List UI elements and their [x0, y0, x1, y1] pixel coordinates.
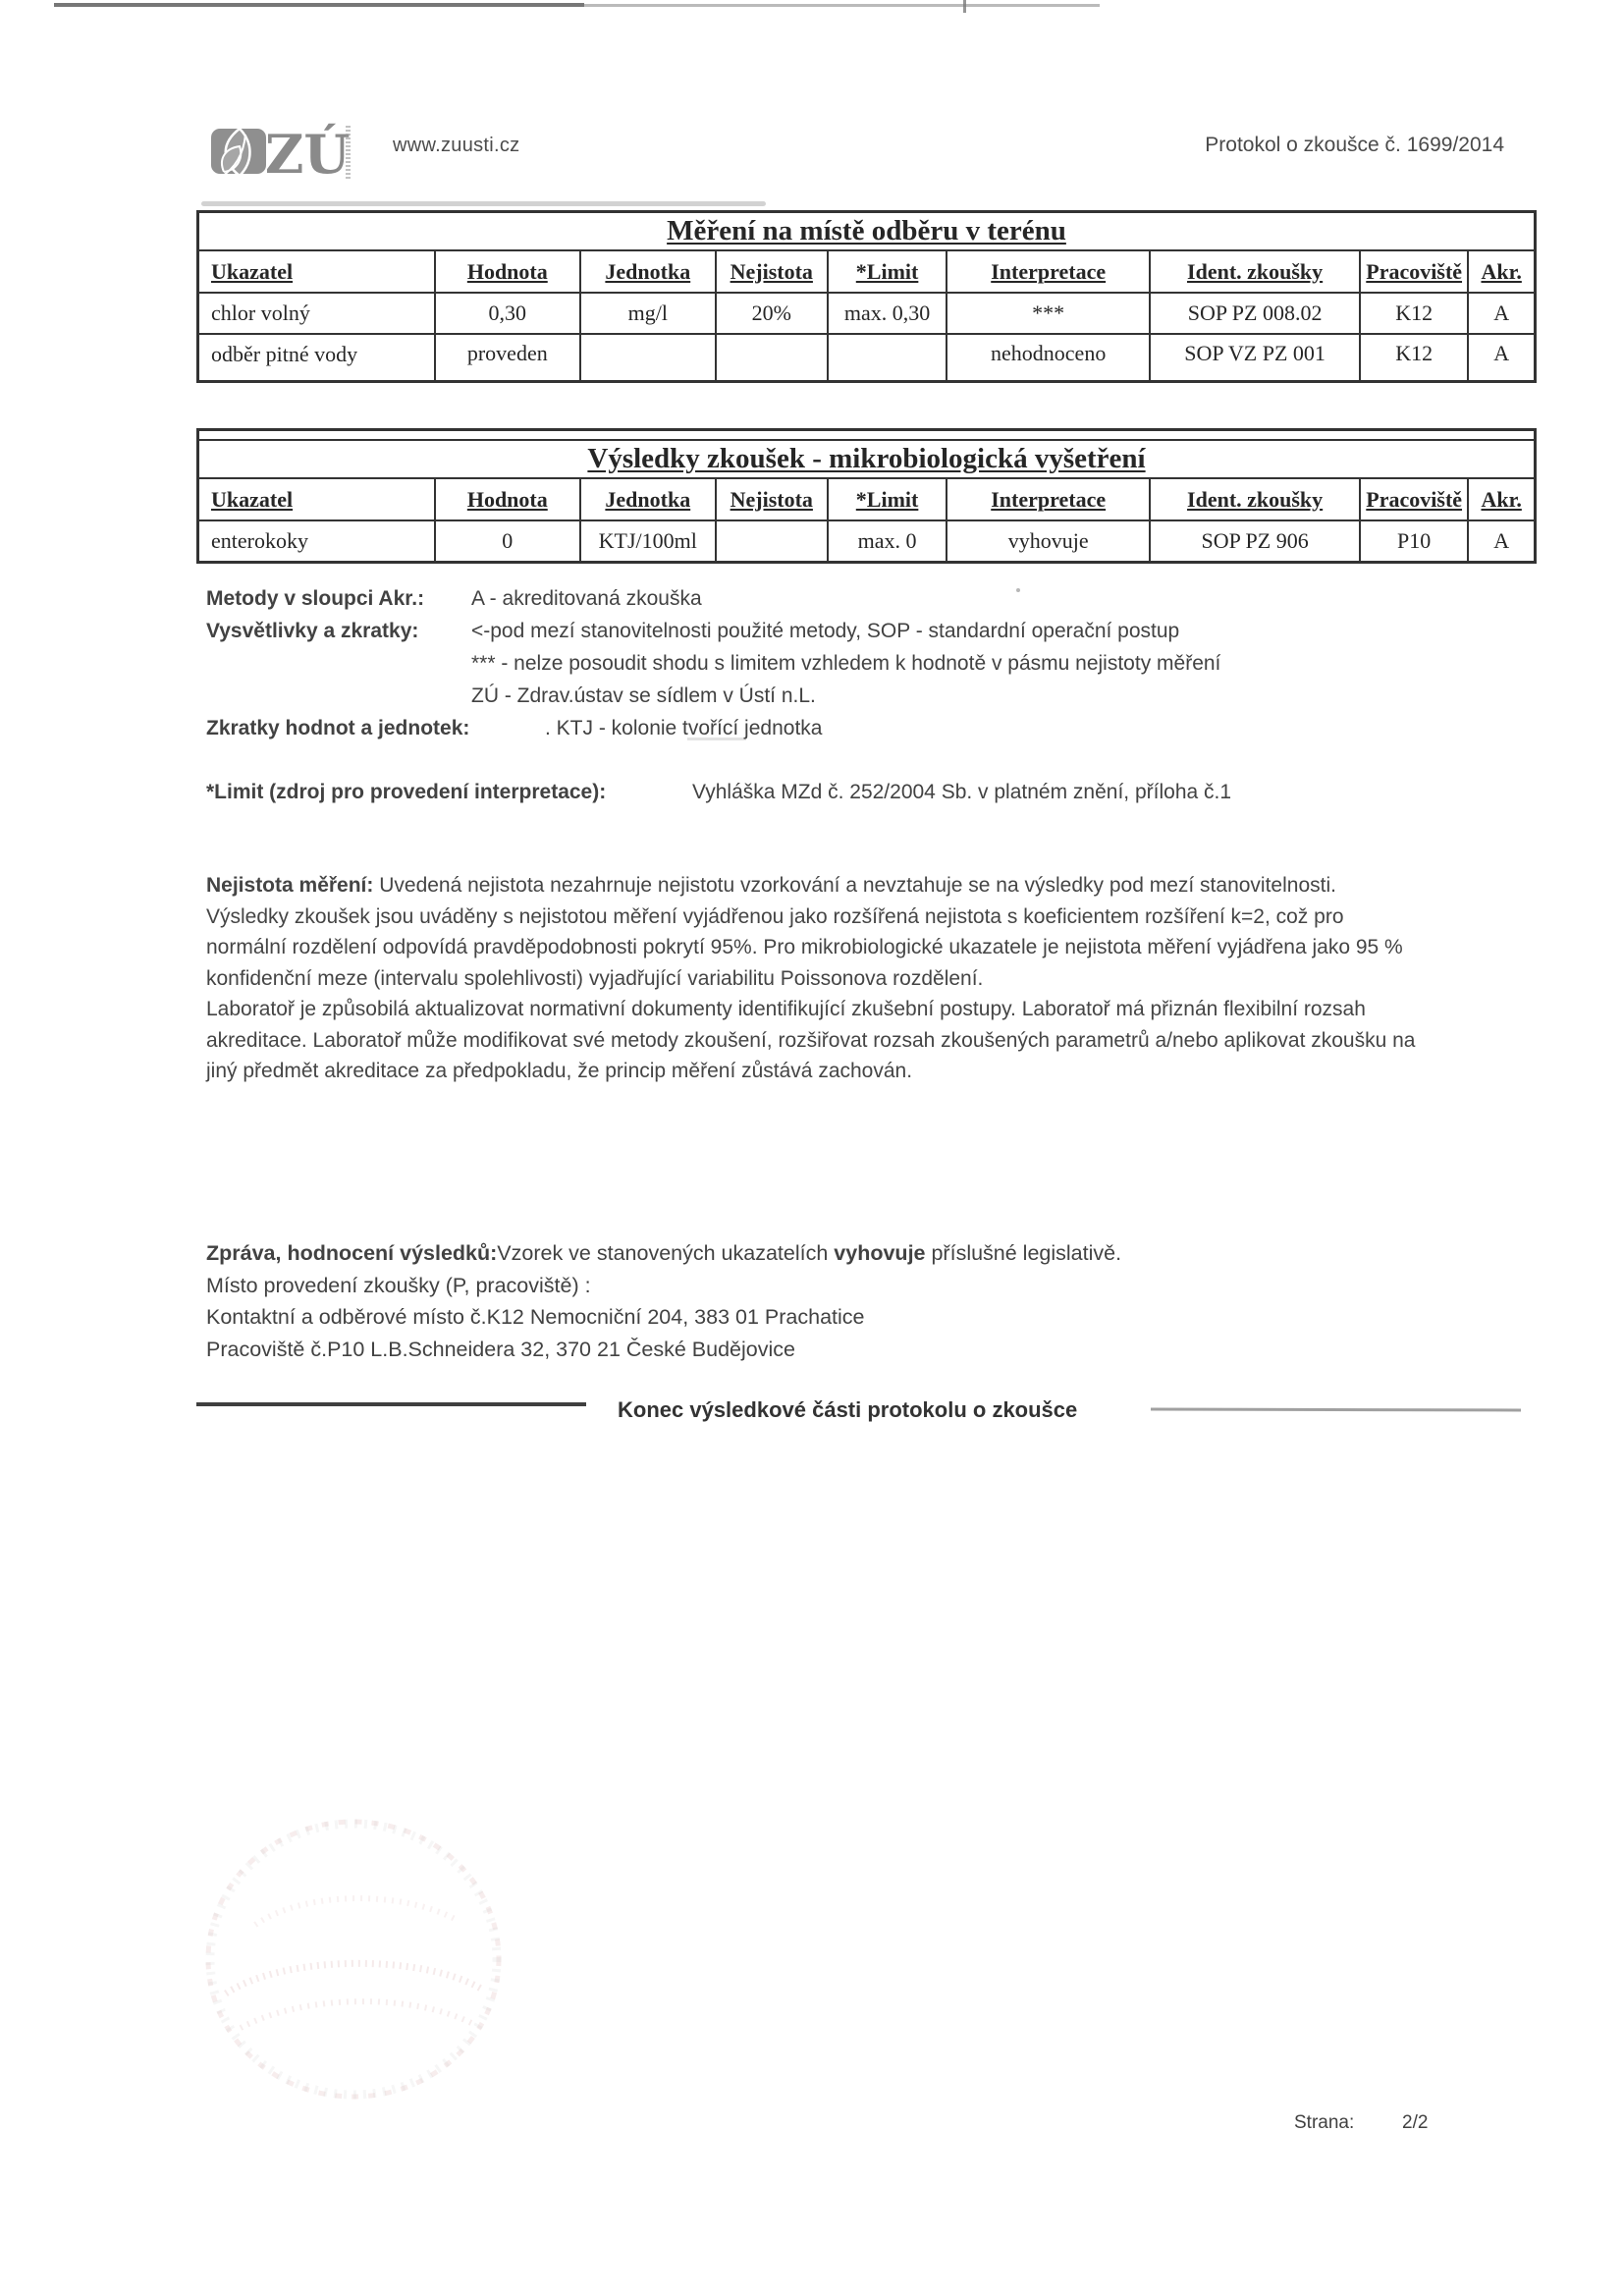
legend-line: ZÚ - Zdrav.ústav se sídlem v Ústí n.L. — [471, 684, 816, 708]
zu-logo-letters: ZÚ — [265, 123, 351, 185]
legend-line: *** - nelze posoudit shodu s limitem vzh… — [471, 652, 1220, 676]
column-header: *Limit — [828, 478, 947, 520]
paragraph-line: Laboratoř je způsobilá aktualizovat norm… — [206, 994, 1542, 1025]
report-line: Místo provedení zkoušky (P, pracoviště) … — [206, 1270, 1522, 1302]
report-conclusion: Zpráva, hodnocení výsledků:Vzorek ve sta… — [206, 1237, 1522, 1270]
legend-label: Vysvětlivky a zkratky: — [206, 620, 418, 643]
page-number-value: 2/2 — [1402, 2112, 1428, 2134]
table-cell: 20% — [716, 293, 828, 334]
table-cell: SOP VZ PZ 001 — [1150, 334, 1360, 382]
table-cell: mg/l — [580, 293, 716, 334]
table-top-strip — [198, 430, 1536, 441]
column-header: Ident. zkoušky — [1150, 250, 1360, 293]
table-cell: A — [1468, 520, 1535, 563]
column-header: Interpretace — [947, 478, 1150, 520]
table-cell: proveden — [435, 334, 580, 382]
table-title: Výsledky zkoušek - mikrobiologická vyšet… — [198, 440, 1536, 478]
table-cell: A — [1468, 293, 1535, 334]
scan-artifact-tick — [963, 0, 966, 13]
paragraph-line: konfidenční meze (intervalu spolehlivost… — [206, 963, 1542, 995]
table-row: chlor volný 0,30 mg/l 20% max. 0,30 *** … — [198, 293, 1536, 334]
uncertainty-paragraph: Nejistota měření: Uvedená nejistota neza… — [206, 870, 1542, 1087]
uncertainty-lead: Nejistota měření: — [206, 874, 373, 897]
scan-artifact-line — [584, 4, 1100, 7]
column-header: Akr. — [1468, 478, 1535, 520]
table-cell: max. 0 — [828, 520, 947, 563]
end-of-results-text: Konec výsledkové části protokolu o zkouš… — [618, 1397, 1077, 1423]
table-cell: enterokoky — [198, 520, 435, 563]
limit-value: Vyhláška MZd č. 252/2004 Sb. v platném z… — [692, 781, 1231, 804]
methods-value: A - akreditovaná zkouška — [471, 587, 702, 611]
protocol-number: Protokol o zkoušce č. 1699/2014 — [1031, 134, 1504, 157]
report-verdict: vyhovuje — [834, 1241, 925, 1265]
website-url: www.zuusti.cz — [393, 135, 520, 157]
legend-line: <-pod mezí stanovitelnosti použité metod… — [471, 620, 1179, 643]
paragraph-line: Nejistota měření: Uvedená nejistota neza… — [206, 870, 1542, 902]
table-cell — [828, 334, 947, 382]
column-header: Hodnota — [435, 478, 580, 520]
column-header: Pracoviště — [1360, 478, 1468, 520]
logo-vertical-microtext — [346, 126, 351, 181]
scan-artifact-line — [54, 3, 584, 7]
table-header-row: Ukazatel Hodnota Jednotka Nejistota *Lim… — [198, 250, 1536, 293]
separator-line-right — [1151, 1408, 1521, 1412]
table-cell: SOP PZ 008.02 — [1150, 293, 1360, 334]
table-cell: vyhovuje — [947, 520, 1150, 563]
table-cell: A — [1468, 334, 1535, 382]
zu-logo: ZÚ — [209, 114, 366, 185]
report-line: Kontaktní a odběrové místo č.K12 Nemocni… — [206, 1301, 1522, 1334]
table-cell: KTJ/100ml — [580, 520, 716, 563]
table-cell: P10 — [1360, 520, 1468, 563]
column-header: Interpretace — [947, 250, 1150, 293]
paragraph-line: Výsledky zkoušek jsou uváděny s nejistot… — [206, 902, 1542, 933]
paragraph-line: akreditace. Laboratoř může modifikovat s… — [206, 1025, 1542, 1057]
table-cell: nehodnoceno — [947, 334, 1150, 382]
column-header: Ukazatel — [198, 478, 435, 520]
report-label: Zpráva, hodnocení výsledků: — [206, 1241, 497, 1265]
column-header: Ukazatel — [198, 250, 435, 293]
table-cell: *** — [947, 293, 1150, 334]
table-cell: max. 0,30 — [828, 293, 947, 334]
zu-logo-graphic: ZÚ — [209, 114, 366, 185]
table-row: odběr pitné vody proveden nehodnoceno SO… — [198, 334, 1536, 382]
report-section: Zpráva, hodnocení výsledků:Vzorek ve sta… — [206, 1237, 1522, 1365]
column-header: Ident. zkoušky — [1150, 478, 1360, 520]
column-header: Nejistota — [716, 250, 828, 293]
table-cell: K12 — [1360, 293, 1468, 334]
column-header: Jednotka — [580, 250, 716, 293]
table-microbiological-results: Výsledky zkoušek - mikrobiologická vyšet… — [196, 428, 1537, 564]
column-header: Nejistota — [716, 478, 828, 520]
table-title: Měření na místě odběru v terénu — [198, 212, 1536, 251]
column-header: *Limit — [828, 250, 947, 293]
scan-artifact-smudge — [201, 201, 766, 206]
methods-label: Metody v sloupci Akr.: — [206, 587, 424, 611]
table-row: enterokoky 0 KTJ/100ml max. 0 vyhovuje S… — [198, 520, 1536, 563]
faint-round-stamp — [187, 1807, 520, 2116]
limit-label: *Limit (zdroj pro provedení interpretace… — [206, 781, 606, 804]
table-header-row: Ukazatel Hodnota Jednotka Nejistota *Lim… — [198, 478, 1536, 520]
table-cell — [716, 520, 828, 563]
table-cell — [716, 334, 828, 382]
table-cell: SOP PZ 906 — [1150, 520, 1360, 563]
table-cell: K12 — [1360, 334, 1468, 382]
column-header: Pracoviště — [1360, 250, 1468, 293]
legend-section: Metody v sloupci Akr.: A - akreditovaná … — [206, 587, 1542, 843]
report-line: Pracoviště č.P10 L.B.Schneidera 32, 370 … — [206, 1334, 1522, 1366]
paragraph-line: normální rozdělení odpovídá pravděpodobn… — [206, 932, 1542, 963]
table-cell: 0,30 — [435, 293, 580, 334]
abbrev-value: . KTJ - kolonie tvořící jednotka — [545, 717, 822, 740]
abbrev-label: Zkratky hodnot a jednotek: — [206, 717, 469, 740]
page-number-label: Strana: — [1294, 2112, 1354, 2134]
column-header: Hodnota — [435, 250, 580, 293]
column-header: Akr. — [1468, 250, 1535, 293]
separator-line-left — [196, 1402, 586, 1406]
table-cell: odběr pitné vody — [198, 334, 435, 382]
table-cell: chlor volný — [198, 293, 435, 334]
document-page: ZÚ www.zuusti.cz Protokol o zkoušce č. 1… — [0, 0, 1623, 2296]
table-field-measurements: Měření na místě odběru v terénu Ukazatel… — [196, 210, 1537, 383]
column-header: Jednotka — [580, 478, 716, 520]
table-cell — [580, 334, 716, 382]
table-cell: 0 — [435, 520, 580, 563]
paragraph-line: jiný předmět akreditace za předpokladu, … — [206, 1056, 1542, 1087]
